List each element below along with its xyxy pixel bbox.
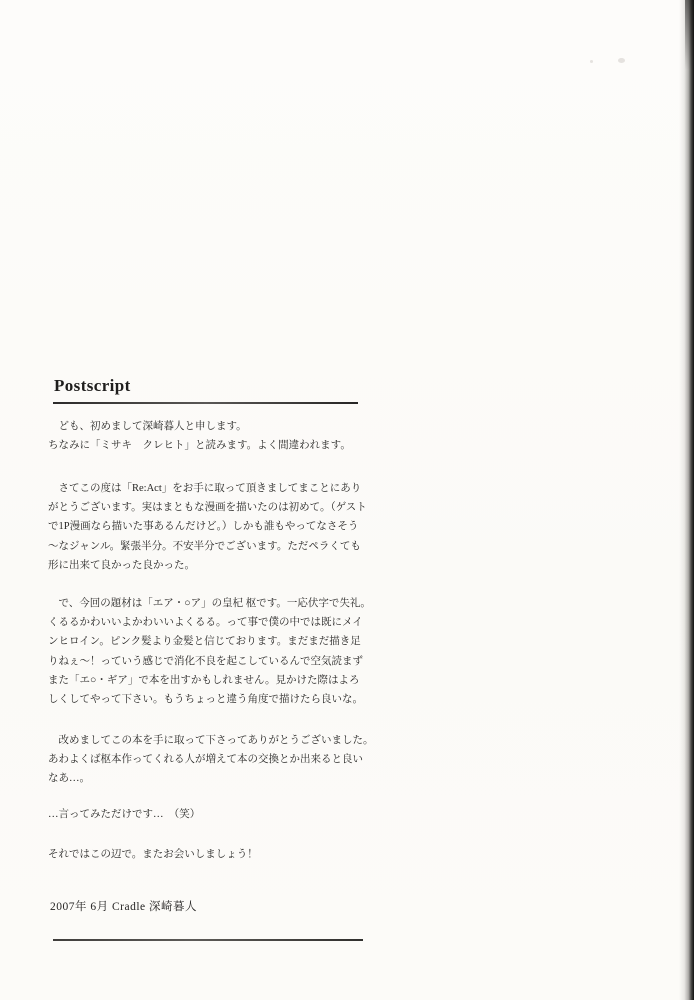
scanned-postscript-page: Postscript ども、初めまして深崎暮人と申します。 ちなみに「ミサキ ク… [0,0,694,1000]
page-title: Postscript [54,376,131,396]
paragraph-thanks: さてこの度は「Re:Act」をお手に取って頂きましてまことにあり がとうございま… [48,479,382,575]
credit-line: 2007年 6月 Cradle 深崎暮人 [50,898,197,914]
paragraph-greeting: ども、初めまして深崎暮人と申します。 ちなみに「ミサキ クレヒト」と読みます。よ… [48,417,382,455]
paragraph-joke: …言ってみただけです… （笑） [48,805,382,824]
paragraph-closing-thanks: 改めましてこの本を手に取って下さってありがとうございました。 あわよくば枢本作っ… [48,731,382,789]
scan-edge-shadow [679,0,694,1000]
paragraph-farewell: それではこの辺で。またお会いしましょう！ [48,845,382,864]
paragraph-subject: で、今回の題材は「エア・○ア」の皇杞 枢です。一応伏字で失礼。 くるるかわいいよ… [48,594,382,709]
scan-noise-speck [618,58,625,63]
header-rule [53,402,358,404]
scan-noise-speck [590,60,593,63]
footer-rule [53,939,363,941]
